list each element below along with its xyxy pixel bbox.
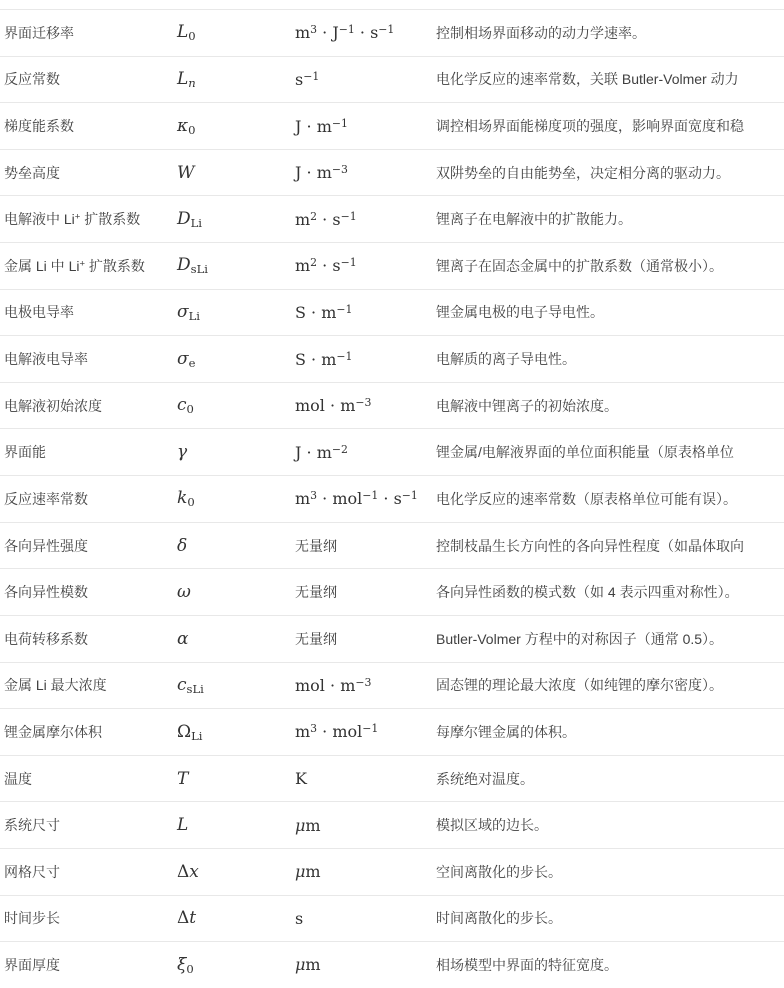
text-segment: δ [177, 536, 187, 556]
text-segment: s [295, 909, 303, 928]
text-segment: 界面能 [4, 444, 46, 460]
param-symbol: L [177, 815, 295, 835]
text-segment: 反应常数 [4, 71, 60, 87]
text-segment: −3 [355, 676, 371, 689]
text-segment: −1 [341, 256, 357, 269]
text-segment: 金属 Li 中 Li [4, 258, 79, 274]
param-description: 各向异性函数的模式数（如 4 表示四重对称性）。 [436, 582, 784, 602]
param-name: 各向异性强度 [0, 536, 177, 556]
text-segment: 无量纲 [295, 538, 337, 554]
text-segment: · [317, 489, 332, 508]
text-segment: k [177, 488, 187, 508]
text-segment: x [189, 862, 199, 882]
param-unit: m2 · s−1 [295, 210, 436, 229]
text-segment: mol [332, 722, 362, 741]
text-segment: −1 [339, 23, 355, 36]
param-description: 控制枝晶生长方向性的各向异性程度（如晶体取向 [436, 536, 784, 556]
text-segment: s [394, 489, 402, 508]
param-name: 各向异性模数 [0, 582, 177, 602]
text-segment: σ [177, 302, 189, 322]
text-segment: ω [177, 582, 191, 602]
text-segment: −1 [378, 23, 394, 36]
table-row: 电荷转移系数α无量纲Butler-Volmer 方程中的对称因子（通常 0.5）… [0, 616, 784, 663]
param-description: 电化学反应的速率常数，关联 Butler-Volmer 动力 [436, 69, 784, 89]
param-unit: μm [295, 816, 436, 835]
param-unit: μm [295, 862, 436, 881]
text-segment: 电极电导率 [4, 304, 74, 320]
param-unit: mol · m−3 [295, 396, 436, 415]
param-symbol: δ [177, 536, 295, 556]
param-description: 固态锂的理论最大浓度（如纯锂的摩尔密度）。 [436, 675, 784, 695]
table-row: 锂金属摩尔体积ΩLim3 · mol−1每摩尔锂金属的体积。 [0, 709, 784, 756]
table-row: 界面能γJ · m−2锂金属/电解液界面的单位面积能量（原表格单位 [0, 429, 784, 476]
param-name: 温度 [0, 769, 177, 789]
param-unit: s−1 [295, 70, 436, 89]
param-name: 锂金属摩尔体积 [0, 722, 177, 742]
table-row: 各向异性模数ω无量纲各向异性函数的模式数（如 4 表示四重对称性）。 [0, 569, 784, 616]
param-symbol: γ [177, 442, 295, 462]
text-segment: 各向异性强度 [4, 538, 88, 554]
param-symbol: L0 [177, 22, 295, 43]
table-row: 各向异性强度δ无量纲控制枝晶生长方向性的各向异性程度（如晶体取向 [0, 523, 784, 570]
param-unit: μm [295, 955, 436, 974]
text-segment: D [177, 255, 191, 275]
param-name: 势垒高度 [0, 163, 177, 183]
text-segment: · [301, 117, 316, 136]
param-symbol: Ln [177, 69, 295, 90]
text-segment: γ [177, 442, 187, 462]
param-unit: m2 · s−1 [295, 256, 436, 275]
text-segment: 扩散系数 [80, 211, 140, 227]
param-unit: m3 · mol−1 [295, 722, 436, 741]
param-description: 空间离散化的步长。 [436, 862, 784, 882]
param-description: 每摩尔锂金属的体积。 [436, 722, 784, 742]
text-segment: · [355, 23, 370, 42]
text-segment: 电解液初始浓度 [4, 398, 102, 414]
param-symbol: Δt [177, 908, 295, 928]
text-segment: Li [191, 216, 202, 230]
text-segment: 0 [187, 495, 194, 509]
text-segment: · [317, 23, 332, 42]
text-segment: −1 [336, 350, 352, 363]
text-segment: 反应速率常数 [4, 491, 88, 507]
text-segment: −1 [341, 210, 357, 223]
text-segment: 电荷转移系数 [4, 631, 88, 647]
param-unit: mol · m−3 [295, 676, 436, 695]
text-segment: m [321, 303, 336, 322]
table-row: 金属 Li 最大浓度csLimol · m−3固态锂的理论最大浓度（如纯锂的摩尔… [0, 663, 784, 710]
param-description: 模拟区域的边长。 [436, 815, 784, 835]
table-row: 电极电导率σLiS · m−1锂金属电极的电子导电性。 [0, 290, 784, 337]
text-segment: K [295, 769, 307, 788]
text-segment: Ω [177, 722, 191, 742]
param-symbol: W [177, 163, 295, 183]
text-segment: sLi [187, 682, 204, 696]
text-segment: · [306, 350, 321, 369]
param-name: 电荷转移系数 [0, 629, 177, 649]
parameter-table: 界面迁移率L0m3 · J−1 · s−1控制相场界面移动的动力学速率。反应常数… [0, 9, 784, 988]
param-symbol: σLi [177, 302, 295, 323]
text-segment: · [306, 303, 321, 322]
text-segment: · [317, 722, 332, 741]
param-symbol: α [177, 629, 295, 649]
text-segment: μ [295, 816, 305, 835]
text-segment: 温度 [4, 771, 32, 787]
param-symbol: Δx [177, 862, 295, 882]
text-segment: 金属 Li 最大浓度 [4, 677, 107, 693]
text-segment: · [317, 210, 332, 229]
text-segment: mol [295, 396, 325, 415]
param-name: 网格尺寸 [0, 862, 177, 882]
text-segment: m [317, 163, 332, 182]
param-unit: J · m−3 [295, 163, 436, 182]
param-description: 电解液中锂离子的初始浓度。 [436, 396, 784, 416]
param-unit: 无量纲 [295, 536, 436, 556]
param-symbol: T [177, 769, 295, 789]
param-name: 时间步长 [0, 908, 177, 928]
text-segment: 势垒高度 [4, 165, 60, 181]
param-unit: 无量纲 [295, 629, 436, 649]
table-row: 势垒高度WJ · m−3双阱势垒的自由能势垒，决定相分离的驱动力。 [0, 150, 784, 197]
text-segment: s [332, 256, 340, 275]
param-symbol: ξ0 [177, 955, 295, 976]
table-row: 电解液中 Li+ 扩散系数DLim2 · s−1锂离子在电解液中的扩散能力。 [0, 196, 784, 243]
param-description: 电解质的离子导电性。 [436, 349, 784, 369]
text-segment: 无量纲 [295, 584, 337, 600]
text-segment: 0 [188, 29, 195, 43]
param-description: 双阱势垒的自由能势垒，决定相分离的驱动力。 [436, 163, 784, 183]
text-segment: m [317, 117, 332, 136]
param-symbol: σe [177, 349, 295, 370]
text-segment: m [295, 256, 310, 275]
text-segment: 扩散系数 [85, 258, 145, 274]
table-row: 时间步长Δts时间离散化的步长。 [0, 896, 784, 943]
text-segment: 时间步长 [4, 910, 60, 926]
text-segment: L [177, 22, 188, 42]
text-segment: s [332, 210, 340, 229]
text-segment: Δ [177, 908, 189, 928]
table-row: 界面厚度ξ0μm相场模型中界面的特征宽度。 [0, 942, 784, 988]
text-segment: m [295, 489, 310, 508]
param-name: 电解液中 Li+ 扩散系数 [0, 209, 177, 229]
text-segment: m [305, 862, 320, 881]
param-description: 锂金属/电解液界面的单位面积能量（原表格单位 [436, 442, 784, 462]
param-unit: s [295, 909, 436, 928]
param-name: 梯度能系数 [0, 116, 177, 136]
text-segment: 梯度能系数 [4, 118, 74, 134]
table-row: 界面迁移率L0m3 · J−1 · s−1控制相场界面移动的动力学速率。 [0, 10, 784, 57]
text-segment: e [189, 356, 196, 370]
text-segment: m [305, 816, 320, 835]
text-segment: −1 [362, 723, 378, 736]
text-segment: −3 [355, 396, 371, 409]
param-symbol: csLi [177, 675, 295, 696]
text-segment: −2 [332, 443, 348, 456]
param-name: 电解液电导率 [0, 349, 177, 369]
param-symbol: ω [177, 582, 295, 602]
param-description: 锂金属电极的电子导电性。 [436, 302, 784, 322]
text-segment: α [177, 629, 188, 649]
text-segment: m [340, 676, 355, 695]
text-segment: · [301, 443, 316, 462]
text-segment: 锂金属摩尔体积 [4, 724, 102, 740]
table-row: 金属 Li 中 Li+ 扩散系数DsLim2 · s−1锂离子在固态金属中的扩散… [0, 243, 784, 290]
text-segment: m [317, 443, 332, 462]
param-symbol: DsLi [177, 255, 295, 276]
param-symbol: κ0 [177, 116, 295, 137]
param-unit: m3 · mol−1 · s−1 [295, 489, 436, 508]
text-segment: sLi [191, 262, 208, 276]
param-unit: S · m−1 [295, 303, 436, 322]
text-segment: mol [332, 489, 362, 508]
text-segment: ξ [177, 955, 186, 975]
text-segment: 系统尺寸 [4, 817, 60, 833]
param-name: 电极电导率 [0, 302, 177, 322]
table-row: 温度TK系统绝对温度。 [0, 756, 784, 803]
param-name: 系统尺寸 [0, 815, 177, 835]
param-name: 金属 Li 最大浓度 [0, 675, 177, 695]
text-segment: mol [295, 676, 325, 695]
table-row: 网格尺寸Δxμm空间离散化的步长。 [0, 849, 784, 896]
text-segment: κ [177, 116, 188, 136]
text-segment: Li [189, 309, 200, 323]
text-segment: · [325, 676, 340, 695]
text-segment: m [295, 23, 310, 42]
text-segment: −1 [336, 303, 352, 316]
text-segment: 界面迁移率 [4, 25, 74, 41]
table-row: 反应常数Lns−1电化学反应的速率常数，关联 Butler-Volmer 动力 [0, 57, 784, 104]
text-segment: · [325, 396, 340, 415]
text-segment: Li [191, 728, 202, 742]
text-segment: s [295, 70, 303, 89]
text-segment: μ [295, 955, 305, 974]
param-description: 系统绝对温度。 [436, 769, 784, 789]
text-segment: T [177, 769, 188, 789]
text-segment: −3 [332, 163, 348, 176]
param-description: 锂离子在固态金属中的扩散系数（通常极小）。 [436, 256, 784, 276]
text-segment: 电解液中 Li [4, 211, 75, 227]
text-segment: m [305, 955, 320, 974]
text-segment: m [321, 350, 336, 369]
text-segment: · [317, 256, 332, 275]
param-unit: J · m−1 [295, 117, 436, 136]
text-segment: · [301, 163, 316, 182]
param-unit: S · m−1 [295, 350, 436, 369]
param-description: 控制相场界面移动的动力学速率。 [436, 23, 784, 43]
text-segment: −1 [362, 490, 378, 503]
text-segment: μ [295, 862, 305, 881]
text-segment: Δ [177, 862, 189, 882]
text-segment: 界面厚度 [4, 957, 60, 973]
param-symbol: DLi [177, 209, 295, 230]
text-segment: 0 [187, 402, 194, 416]
text-segment: S [295, 303, 306, 322]
text-segment: 网格尺寸 [4, 864, 60, 880]
param-description: 相场模型中界面的特征宽度。 [436, 955, 784, 975]
param-description: 调控相场界面能梯度项的强度，影响界面宽度和稳 [436, 116, 784, 136]
text-segment: 0 [188, 122, 195, 136]
param-unit: J · m−2 [295, 443, 436, 462]
text-segment: −1 [332, 117, 348, 130]
text-segment: W [177, 163, 194, 183]
param-name: 界面厚度 [0, 955, 177, 975]
param-symbol: ΩLi [177, 722, 295, 743]
text-segment: m [295, 722, 310, 741]
param-description: 锂离子在电解液中的扩散能力。 [436, 209, 784, 229]
param-unit: 无量纲 [295, 582, 436, 602]
param-description: 时间离散化的步长。 [436, 908, 784, 928]
text-segment: 各向异性模数 [4, 584, 88, 600]
param-description: 电化学反应的速率常数（原表格单位可能有误）。 [436, 489, 784, 509]
param-description: Butler-Volmer 方程中的对称因子（通常 0.5）。 [436, 629, 784, 649]
text-segment: c [177, 675, 187, 695]
table-row: 系统尺寸Lμm模拟区域的边长。 [0, 802, 784, 849]
text-segment: L [177, 69, 188, 89]
table-row: 电解液初始浓度c0mol · m−3电解液中锂离子的初始浓度。 [0, 383, 784, 430]
text-segment: L [177, 815, 188, 835]
param-symbol: c0 [177, 395, 295, 416]
param-name: 电解液初始浓度 [0, 396, 177, 416]
param-symbol: k0 [177, 488, 295, 509]
param-name: 金属 Li 中 Li+ 扩散系数 [0, 256, 177, 276]
param-unit: m3 · J−1 · s−1 [295, 23, 436, 42]
text-segment: D [177, 209, 191, 229]
text-segment: n [188, 76, 195, 90]
text-segment: m [295, 210, 310, 229]
text-segment: 电解液电导率 [4, 351, 88, 367]
param-name: 界面能 [0, 442, 177, 462]
page: { "page": { "background": "#ffffff", "di… [0, 0, 784, 988]
param-name: 界面迁移率 [0, 23, 177, 43]
param-unit: K [295, 769, 436, 788]
text-segment: · [378, 489, 393, 508]
text-segment: −1 [303, 70, 319, 83]
text-segment: t [189, 908, 196, 928]
text-segment: 无量纲 [295, 631, 337, 647]
table-row: 电解液电导率σeS · m−1电解质的离子导电性。 [0, 336, 784, 383]
text-segment: σ [177, 349, 189, 369]
param-name: 反应常数 [0, 69, 177, 89]
table-row: 梯度能系数κ0J · m−1调控相场界面能梯度项的强度，影响界面宽度和稳 [0, 103, 784, 150]
text-segment: S [295, 350, 306, 369]
text-segment: 0 [186, 961, 193, 975]
text-segment: −1 [402, 490, 418, 503]
param-name: 反应速率常数 [0, 489, 177, 509]
text-segment: c [177, 395, 187, 415]
text-segment: m [340, 396, 355, 415]
table-row: 反应速率常数k0m3 · mol−1 · s−1电化学反应的速率常数（原表格单位… [0, 476, 784, 523]
